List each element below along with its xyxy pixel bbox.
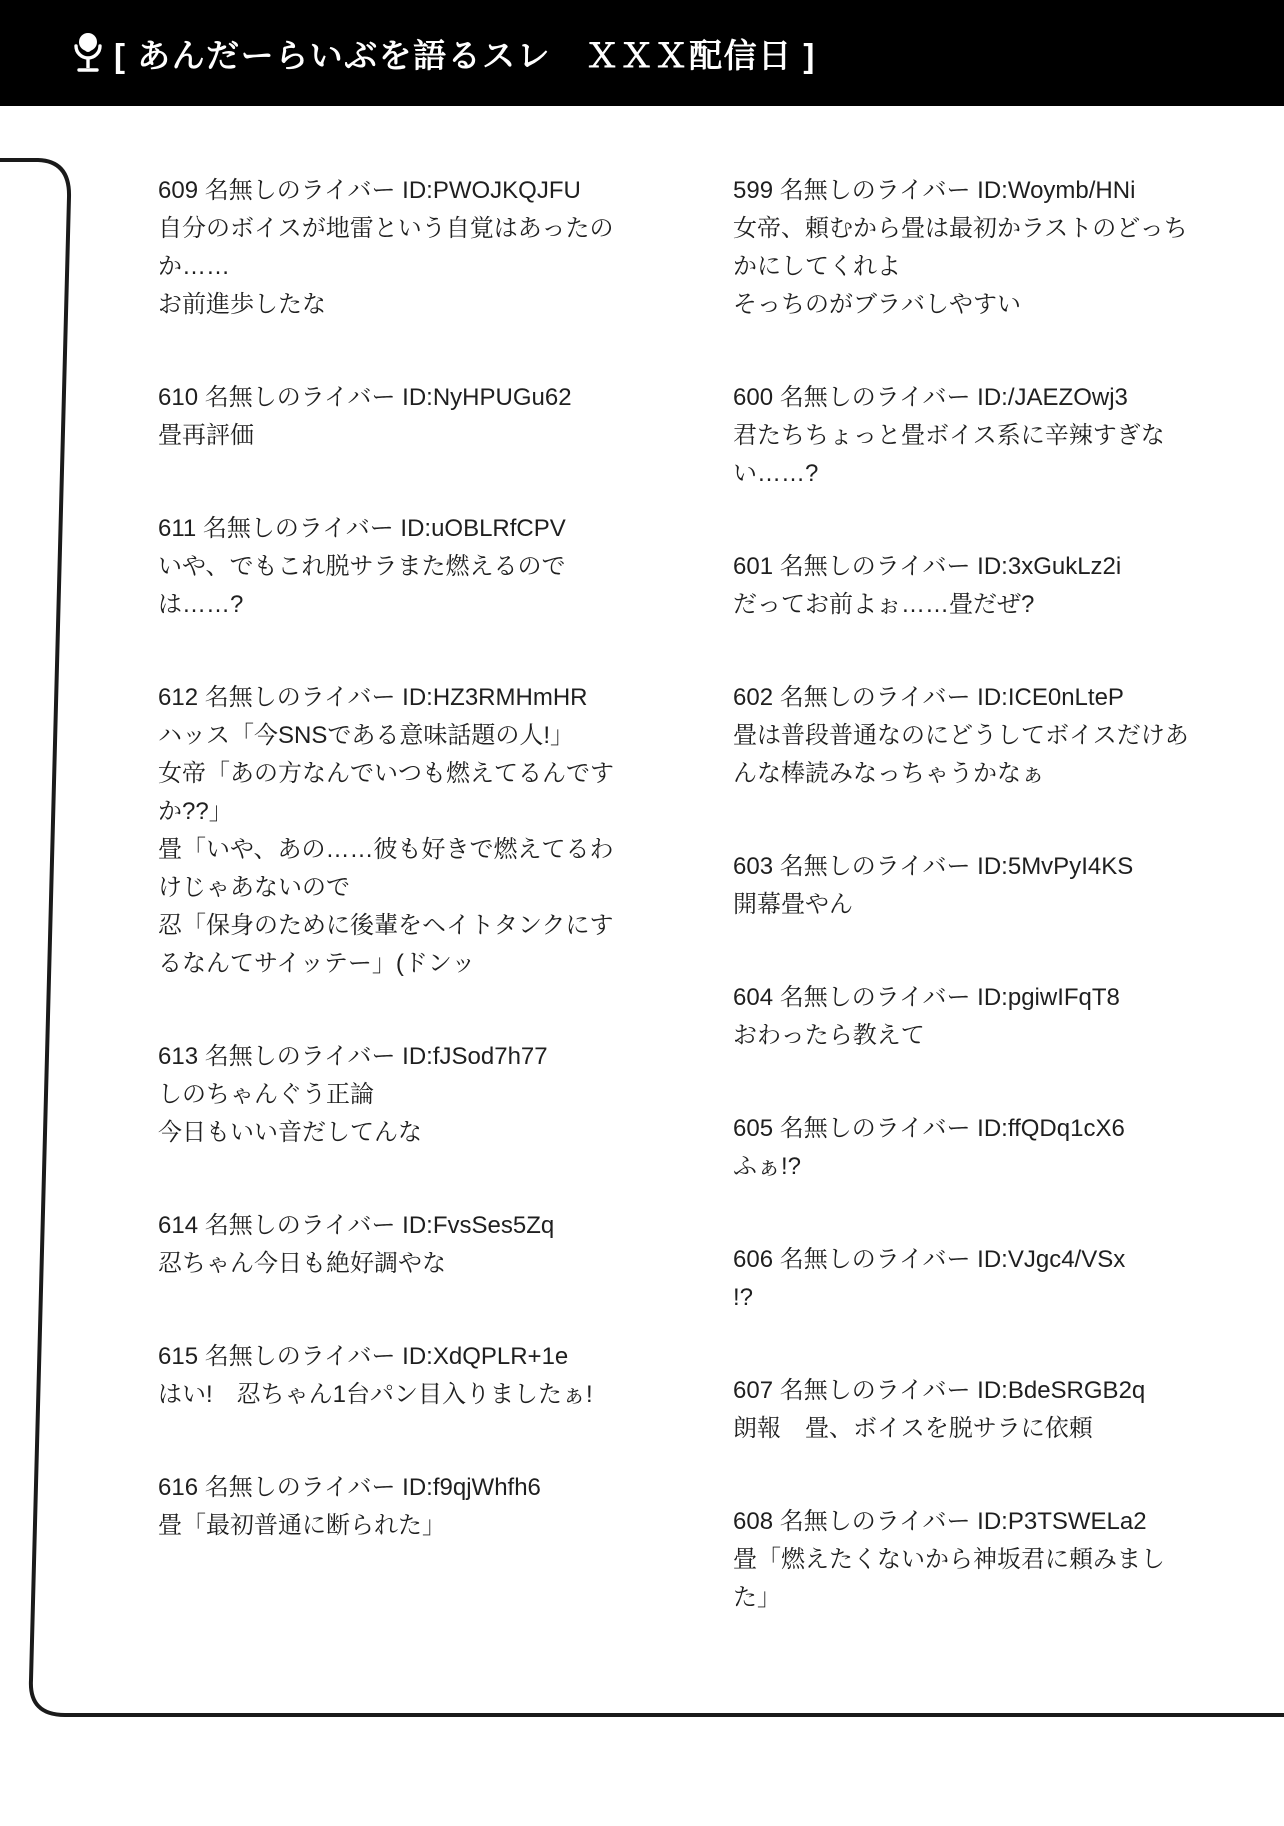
post-body-line: 今日もいい音だしてんな <box>158 1114 616 1152</box>
post-605: 605 名無しのライバー ID:ffQDq1cX6ふぁ!? <box>733 1110 1191 1186</box>
post-601: 601 名無しのライバー ID:3xGukLz2iだってお前よぉ……畳だぜ? <box>733 548 1191 624</box>
post-614: 614 名無しのライバー ID:FvsSes5Zq忍ちゃん今日も絶好調やな <box>158 1207 616 1283</box>
post-body-line: 忍ちゃん今日も絶好調やな <box>158 1245 616 1283</box>
post-604: 604 名無しのライバー ID:pgiwIFqT8おわったら教えて <box>733 979 1191 1055</box>
post-header: 600 名無しのライバー ID:/JAEZOwj3 <box>733 379 1191 417</box>
microphone-icon <box>68 30 108 78</box>
thread-column-left: 609 名無しのライバー ID:PWOJKQJFU自分のボイスが地雷という自覚は… <box>158 172 616 1600</box>
post-body-line: 朗報 畳、ボイスを脱サラに依頼 <box>733 1410 1191 1448</box>
post-header: 612 名無しのライバー ID:HZ3RMHmHR <box>158 679 616 717</box>
post-600: 600 名無しのライバー ID:/JAEZOwj3君たちちょっと畳ボイス系に辛辣… <box>733 379 1191 493</box>
post-header: 607 名無しのライバー ID:BdeSRGB2q <box>733 1372 1191 1410</box>
post-body-line: 畳は普段普通なのにどうしてボイスだけあんな棒読みなっちゃうかなぁ <box>733 717 1191 793</box>
post-616: 616 名無しのライバー ID:f9qjWhfh6畳「最初普通に断られた」 <box>158 1469 616 1545</box>
post-header: 602 名無しのライバー ID:ICE0nLteP <box>733 679 1191 717</box>
thread-column-right: 599 名無しのライバー ID:Woymb/HNi女帝、頼むから畳は最初かラスト… <box>733 172 1191 1672</box>
post-body-line: 畳「いや、あの……彼も好きで燃えてるわけじゃあないので <box>158 831 616 907</box>
post-body-line: ふぁ!? <box>733 1148 1191 1186</box>
novel-page: [ あんだーらいぶを語るスレ ＸＸＸ配信日 ] 609 名無しのライバー ID:… <box>0 0 1284 1826</box>
post-body-line: 畳「最初普通に断られた」 <box>158 1507 616 1545</box>
post-599: 599 名無しのライバー ID:Woymb/HNi女帝、頼むから畳は最初かラスト… <box>733 172 1191 324</box>
post-613: 613 名無しのライバー ID:fJSod7h77しのちゃんぐう正論今日もいい音… <box>158 1038 616 1152</box>
post-body-line: 女帝、頼むから畳は最初かラストのどっちかにしてくれよ <box>733 210 1191 286</box>
post-header: 609 名無しのライバー ID:PWOJKQJFU <box>158 172 616 210</box>
post-610: 610 名無しのライバー ID:NyHPUGu62畳再評価 <box>158 379 616 455</box>
post-header: 604 名無しのライバー ID:pgiwIFqT8 <box>733 979 1191 1017</box>
post-header: 615 名無しのライバー ID:XdQPLR+1e <box>158 1338 616 1376</box>
post-header: 614 名無しのライバー ID:FvsSes5Zq <box>158 1207 616 1245</box>
post-608: 608 名無しのライバー ID:P3TSWELa2畳「燃えたくないから神坂君に頼… <box>733 1503 1191 1617</box>
post-body-line: お前進歩したな <box>158 286 616 324</box>
post-header: 608 名無しのライバー ID:P3TSWELa2 <box>733 1503 1191 1541</box>
thread-title: [ あんだーらいぶを語るスレ ＸＸＸ配信日 ] <box>114 0 816 106</box>
post-607: 607 名無しのライバー ID:BdeSRGB2q朗報 畳、ボイスを脱サラに依頼 <box>733 1372 1191 1448</box>
post-header: 605 名無しのライバー ID:ffQDq1cX6 <box>733 1110 1191 1148</box>
post-body-line: !? <box>733 1279 1191 1317</box>
post-header: 603 名無しのライバー ID:5MvPyI4KS <box>733 848 1191 886</box>
post-body-line: だってお前よぉ……畳だぜ? <box>733 586 1191 624</box>
post-603: 603 名無しのライバー ID:5MvPyI4KS開幕畳やん <box>733 848 1191 924</box>
post-body-line: おわったら教えて <box>733 1017 1191 1055</box>
post-611: 611 名無しのライバー ID:uOBLRfCPVいや、でもこれ脱サラまた燃える… <box>158 510 616 624</box>
post-body-line: そっちのがブラバしやすい <box>733 286 1191 324</box>
post-header: 616 名無しのライバー ID:f9qjWhfh6 <box>158 1469 616 1507</box>
post-body-line: ハッス「今SNSである意味話題の人!」 <box>158 717 616 755</box>
post-body-line: 忍「保身のために後輩をヘイトタンクにするなんてサイッテー」(ドンッ <box>158 907 616 983</box>
post-body-line: はい! 忍ちゃん1台パン目入りましたぁ! <box>158 1376 616 1414</box>
post-602: 602 名無しのライバー ID:ICE0nLteP畳は普段普通なのにどうしてボイ… <box>733 679 1191 793</box>
post-body-line: 畳再評価 <box>158 417 616 455</box>
post-header: 613 名無しのライバー ID:fJSod7h77 <box>158 1038 616 1076</box>
thread-title-bar: [ あんだーらいぶを語るスレ ＸＸＸ配信日 ] <box>0 0 1284 106</box>
post-606: 606 名無しのライバー ID:VJgc4/VSx!? <box>733 1241 1191 1317</box>
post-body-line: しのちゃんぐう正論 <box>158 1076 616 1114</box>
post-body-line: 女帝「あの方なんでいつも燃えてるんですか??」 <box>158 755 616 831</box>
post-header: 606 名無しのライバー ID:VJgc4/VSx <box>733 1241 1191 1279</box>
post-body-line: いや、でもこれ脱サラまた燃えるのでは……? <box>158 548 616 624</box>
post-body-line: 畳「燃えたくないから神坂君に頼みました」 <box>733 1541 1191 1617</box>
post-header: 610 名無しのライバー ID:NyHPUGu62 <box>158 379 616 417</box>
post-609: 609 名無しのライバー ID:PWOJKQJFU自分のボイスが地雷という自覚は… <box>158 172 616 324</box>
post-header: 611 名無しのライバー ID:uOBLRfCPV <box>158 510 616 548</box>
post-body-line: 君たちちょっと畳ボイス系に辛辣すぎない……? <box>733 417 1191 493</box>
post-body-line: 開幕畳やん <box>733 886 1191 924</box>
post-body-line: 自分のボイスが地雷という自覚はあったのか…… <box>158 210 616 286</box>
post-615: 615 名無しのライバー ID:XdQPLR+1eはい! 忍ちゃん1台パン目入り… <box>158 1338 616 1414</box>
post-612: 612 名無しのライバー ID:HZ3RMHmHRハッス「今SNSである意味話題… <box>158 679 616 983</box>
post-header: 601 名無しのライバー ID:3xGukLz2i <box>733 548 1191 586</box>
post-header: 599 名無しのライバー ID:Woymb/HNi <box>733 172 1191 210</box>
